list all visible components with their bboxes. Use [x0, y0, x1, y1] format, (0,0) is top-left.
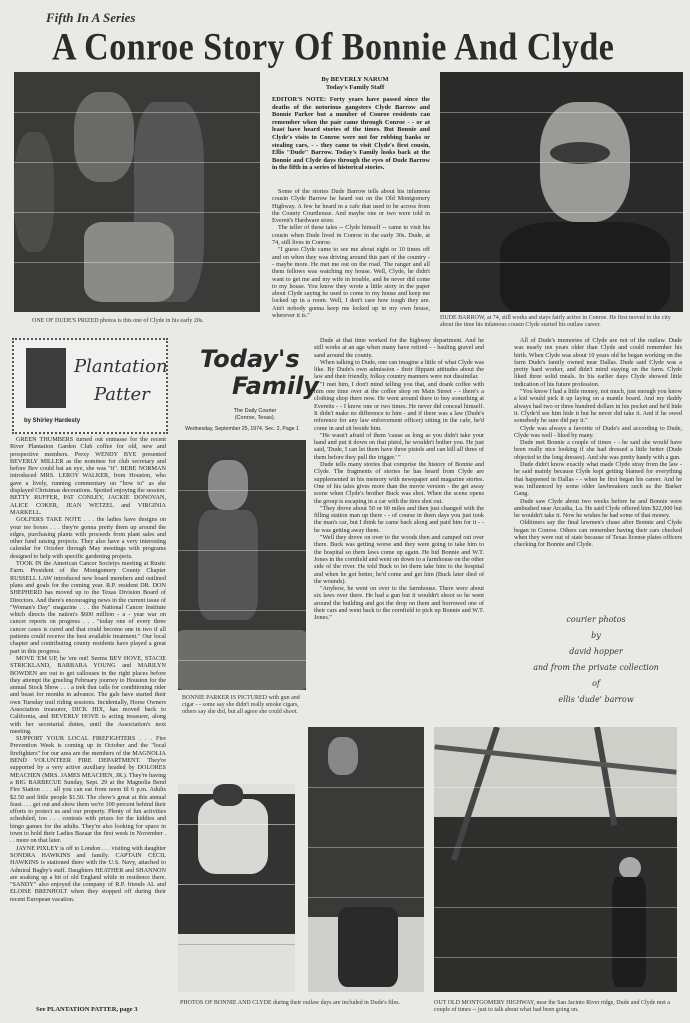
caption-clyde-early: ONE OF DUDE'S PRIZED photos is this one … [32, 318, 262, 325]
story-paragraph: Dude didn't know exactly what made Clyde… [514, 461, 682, 497]
photo-clyde-early-20s [14, 72, 260, 312]
story-column-2: Dude at that time worked for the highway… [314, 337, 484, 622]
plantation-patter-body: GREEN THUMBERS turned out enmasse for th… [10, 436, 166, 903]
author-photo [26, 348, 66, 408]
photo-credits: courier photos by david hopper and from … [510, 612, 682, 708]
story-column-1: Some of the stories Dude Barrow tells ab… [272, 188, 430, 319]
story-paragraph: Clyde was always a favorite of Dude's an… [514, 425, 682, 440]
story-paragraph: Dude saw Clyde about two weeks before he… [514, 498, 682, 520]
story-paragraph: When talking to Dude, one can imagine a … [314, 359, 484, 381]
plantation-patter-header: Plantation Patter by Shirley Hardesty [12, 338, 168, 434]
caption-bonnie-clyde-photos: PHOTOS OF BONNIE AND CLYDE during their … [180, 1000, 430, 1007]
masthead-logo-line1: Today's [200, 345, 300, 373]
photo-clyde-outlaw [308, 727, 424, 992]
photo-dude-barrow [440, 72, 683, 312]
credit-line: of [510, 676, 682, 692]
story-column-3: All of Dude's memories of Clyde are not … [514, 337, 682, 549]
caption-old-montgomery-highway: OUT OLD MONTGOMERY HIGHWAY, near the San… [434, 1000, 684, 1014]
column-title-line2: Patter [94, 384, 150, 405]
byline: By BEVERLY NARUM Today's Family Staff [270, 76, 440, 92]
story-paragraph: "You know I had a little money, not much… [514, 388, 682, 424]
credit-line: david hopper [510, 644, 682, 660]
story-paragraph: "Anyhow, he went on over to the farmhous… [314, 585, 484, 621]
credit-line: by [510, 628, 682, 644]
column-paragraph: MOVE 'EM UP, he 'em out! Seems BEV HOVE,… [10, 655, 166, 735]
column-paragraph: TOOK IN the American Cancer Societys mee… [10, 560, 166, 655]
column-paragraph: SUPPORT YOUR LOCAL FIREFIGHTERS . . . Fi… [10, 735, 166, 844]
credit-line: ellis 'dude' barrow [510, 692, 682, 708]
story-paragraph: Oldtimers say the final lawmen's chase a… [514, 519, 682, 548]
masthead-place: (Conroe, Texas). [210, 415, 300, 421]
story-paragraph: "He wasn't afraid of them 'cause as long… [314, 432, 484, 461]
byline-author: By BEVERLY NARUM [270, 76, 440, 84]
column-title-line1: Plantation [74, 356, 168, 377]
photo-bonnie-outlaw [178, 784, 295, 992]
story-paragraph: "I met him, I don't mind telling you tha… [314, 381, 484, 432]
headline: A Conroe Story Of Bonnie And Clyde [52, 26, 614, 70]
story-paragraph: "They drove about 50 or 60 miles and the… [314, 505, 484, 534]
photo-bonnie-parker [178, 440, 306, 690]
editors-note: EDITOR'S NOTE: Forty years have passed s… [272, 96, 430, 172]
column-paragraph: GOLFERS TAKE NOTE . . . the ladies have … [10, 516, 166, 560]
masthead-dateline: Wednesday, September 25, 1974, Sec. 2, P… [172, 426, 312, 432]
credit-line: courier photos [510, 612, 682, 628]
story-paragraph: All of Dude's memories of Clyde are not … [514, 337, 682, 388]
column-paragraph: GREEN THUMBERS turned out enmasse for th… [10, 436, 166, 516]
story-paragraph: Some of the stories Dude Barrow tells ab… [272, 188, 430, 224]
story-paragraph: Dude at that time worked for the highway… [314, 337, 484, 359]
continued-link: See PLANTATION PATTER, page 3 [36, 1006, 138, 1013]
byline-staff: Today's Family Staff [270, 84, 440, 92]
caption-dude-barrow: DUDE BARROW, at 74, still works and stay… [440, 315, 683, 329]
masthead-paper: The Daily Courier [210, 408, 300, 414]
column-paragraph: JAYNE PIXLEY is off to London . . . visi… [10, 845, 166, 903]
story-paragraph: "Well they drove on over to the woods th… [314, 534, 484, 585]
credit-line: and from the private collection [510, 660, 682, 676]
story-paragraph: Dude tells many stories that comprise th… [314, 461, 484, 505]
series-kicker: Fifth In A Series [46, 10, 135, 26]
caption-bonnie-parker: BONNIE PARKER IS PICTURED with gun and c… [182, 695, 310, 716]
column-author: by Shirley Hardesty [24, 418, 80, 424]
story-paragraph: "I guess Clyde came to see me about eigh… [272, 246, 430, 319]
story-paragraph: The teller of these tales -- Clyde himse… [272, 224, 430, 246]
masthead-logo-line2: Family [232, 372, 319, 400]
photo-old-montgomery-highway [434, 727, 677, 992]
story-paragraph: Dude met Bonnie a couple of times - - he… [514, 439, 682, 461]
